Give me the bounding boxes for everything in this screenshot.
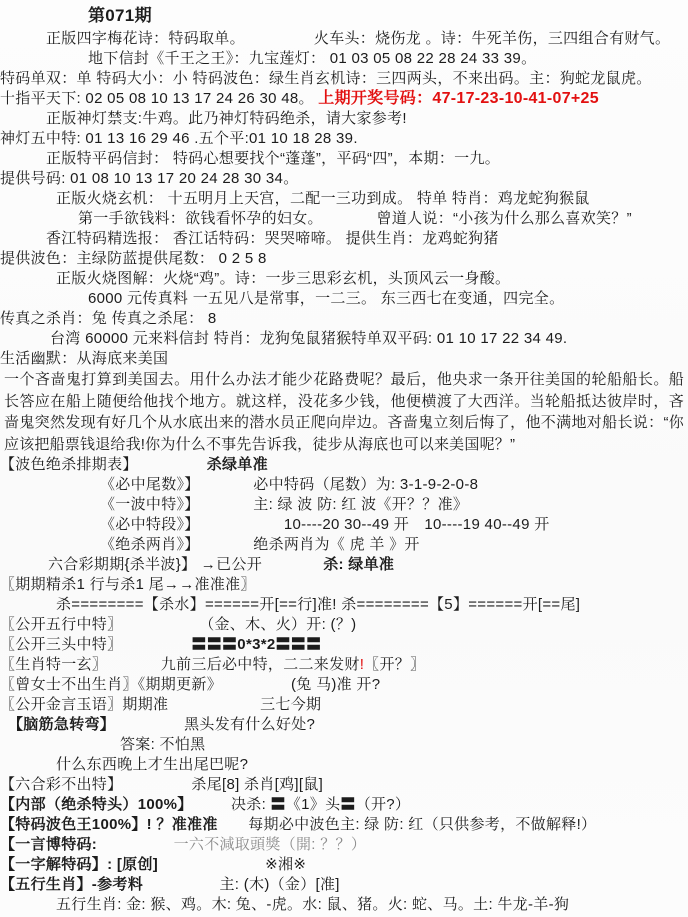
bose-jueshao-header: 【波色绝杀排期表】 杀绿单准 <box>0 455 688 475</box>
yizi-jie-tema: 【一字解特码】: [原创] ※湘※ <box>0 855 688 875</box>
text-segment: 〓〓〓0*3*2〓〓〓 <box>191 636 321 653</box>
text-segment: 十指平天下: 02 05 08 10 13 17 24 26 30 48。 <box>0 90 318 107</box>
text-segment: 〖公开金言玉语〗期期准 三七今期 <box>0 696 321 713</box>
jueshao-liangxiao: 《绝杀两肖》】 绝杀两肖为《 虎 羊 》开 <box>0 535 688 555</box>
yibo-zhongte: 《一波中特》】 主: 绿 波 防: 红 波《开？？准》 <box>0 495 688 515</box>
yuqian-liao: 第一手欲钱料：欲钱看怀孕的妇女。 曾道人说：“小孩为什么那么喜欢笑？” <box>0 209 688 229</box>
meihua-poem: 正版四字梅花诗：特码取单。 火车头：烧伤龙 。诗：牛死羊伤，三四组合有财气。 <box>0 29 688 49</box>
shizhi-pingtianxia: 十指平天下: 02 05 08 10 13 17 24 26 30 48。 上期… <box>0 89 688 109</box>
text-segment: 正版四字梅花诗：特码取单。 火车头：烧伤龙 。诗：牛死羊伤，三四组合有财气。 <box>46 30 670 47</box>
shenghuo-youmo-title: 生活幽默：从海底来美国 <box>0 349 688 369</box>
shendeng-jinzhi: 正版神灯禁支:牛鸡。此乃神灯特码绝杀，请大家参考! <box>0 109 688 129</box>
shengxiao-teyixuan: 〖生肖特一玄〗 九前三后必中特，二二来发财!〖开？〗 <box>0 655 688 675</box>
answer-line: 答案: 不怕黑 <box>0 735 688 755</box>
text-segment: 〖公开三头中特〗 <box>0 636 191 653</box>
text-segment: 【一言博特码: <box>0 836 97 853</box>
text-segment: 六合彩期期{杀半波}】 →已公开 <box>48 556 323 573</box>
text-segment: 生活幽默：从海底来美国 <box>0 350 168 367</box>
text-segment: 提供号码: 01 08 10 13 17 20 24 28 30 34。 <box>0 170 299 187</box>
text-segment: 正版特平码信封： 特码心想要找个“蓬蓬”，平码“四”，本期：一九。 <box>46 150 500 167</box>
text-segment: 《一波中特》】 主: 绿 波 防: 红 波《开？？准》 <box>100 496 468 513</box>
text-segment: 主: (木)（金）[准] <box>143 876 340 893</box>
text-segment: 《必中尾数》】 必中特码（尾数）为: 3-1-9-2-0-8 <box>100 476 478 493</box>
jinyan-yuyu: 〖公开金言玉语〗期期准 三七今期 <box>0 695 688 715</box>
text-segment: 正版火烧图解：火烧“鸡”。诗：一步三思彩玄机，头顶风云一身酸。 <box>56 270 510 287</box>
tepingma-xinfeng: 正版特平码信封： 特码心想要找个“蓬蓬”，平码“四”，本期：一九。 <box>0 149 688 169</box>
xiangjiang-jingxuanbao: 香江特码精选报： 香江话特码：哭哭啼啼。 提供生肖：龙鸡蛇狗猪 <box>0 229 688 249</box>
riddle-line: 什么东西晚上才生出尾巴呢? <box>0 755 688 775</box>
text-segment: 【六合彩不出特】 杀尾[8] 杀肖[鸡][鼠] <box>0 776 323 793</box>
text-segment: 【内部（绝杀特头）100%】 <box>0 796 185 813</box>
shabanbo: 六合彩期期{杀半波}】 →已公开 杀: 绿单准 <box>0 555 688 575</box>
text-segment: 【脑筋急转弯】 <box>8 716 108 733</box>
text-segment: 正版火烧玄机： 十五明月上天宫，二配一三功到成。 特单 特肖：鸡龙蛇狗猴鼠 <box>56 190 590 207</box>
bose-wang: 【特码波色王100%】! ？准准准 每期必中波色主: 绿 防: 红（只供参考，不… <box>0 815 688 835</box>
text-segment: 神灯五中特: 01 13 16 29 46 .五个平:01 10 18 28 3… <box>0 130 358 147</box>
text-segment: 《必中特段》】 10----20 30--49 开 10----19 40--4… <box>100 516 550 533</box>
wuxing-shengxiao-detail: 五行生肖: 金: 猴、鸡。木: 兔、-虎。水: 鼠、猪。火: 蛇、马。土: 牛龙… <box>0 895 688 915</box>
issue-number: 第071期 <box>0 4 688 29</box>
buchute: 【六合彩不出特】 杀尾[8] 杀肖[鸡][鼠] <box>0 775 688 795</box>
text-segment: 〖公开五行中特〗 （金、木、火）开: (？) <box>0 616 356 633</box>
zengnvshi: 〖曾女士不出生肖〗《期期更新》 (兔 马)准 开? <box>0 675 688 695</box>
bizhong-teduan: 《必中特段》】 10----20 30--49 开 10----19 40--4… <box>0 515 688 535</box>
huoshao-tujie: 正版火烧图解：火烧“鸡”。诗：一步三思彩玄机，头顶风云一身酸。 <box>0 269 688 289</box>
text-segment: 杀: 绿单准 <box>323 556 394 573</box>
text-segment: 提供波色：主绿防蓝提供尾数： 0 2 5 8 <box>0 250 267 267</box>
text-segment: 【五行生肖】-参考料 <box>0 876 143 893</box>
text-segment: 《绝杀两肖》】 绝杀两肖为《 虎 羊 》开 <box>100 536 420 553</box>
neibu-jueshao: 【内部（绝杀特头）100%】 决杀: 〓《1》头〓（开?） <box>0 795 688 815</box>
qiqi-jingsha: 〖期期精杀1 行与杀1 尾→→准准准〗 <box>0 575 688 595</box>
text-segment: 答案: 不怕黑 <box>120 736 205 753</box>
text-segment: 〖期期精杀1 行与杀1 尾→→准准准〗 <box>0 576 256 593</box>
lottery-tip-sheet: 第071期正版四字梅花诗：特码取单。 火车头：烧伤龙 。诗：牛死羊伤，三四组合有… <box>0 0 688 917</box>
text-segment: 〖开？〗 <box>364 656 425 673</box>
text-segment: ※湘※ <box>158 856 306 873</box>
text-segment: 黑头发有什么好处? <box>108 716 316 733</box>
wuxing-zhongte: 〖公开五行中特〗 （金、木、火）开: (？) <box>0 615 688 635</box>
shendeng-wuzhongte: 神灯五中特: 01 13 16 29 46 .五个平:01 10 18 28 3… <box>0 129 688 149</box>
text-segment: 台湾 60000 元来料信封 特肖：龙狗兔鼠猪猴特单双平码: 01 10 17 … <box>50 330 567 347</box>
text-segment: 〓 <box>340 796 355 813</box>
text-segment: 〖生肖特一玄〗 九前三后必中特，二二来发财 <box>0 656 360 673</box>
text-segment: （开?） <box>356 796 411 813</box>
text-segment: 什么东西晚上才生出尾巴呢? <box>56 756 248 773</box>
bizhong-weishu: 《必中尾数》】 必中特码（尾数）为: 3-1-9-2-0-8 <box>0 475 688 495</box>
text-segment: 传真之杀肖：兔 传真之杀尾： 8 <box>0 310 216 327</box>
text-segment: 决杀: <box>185 796 270 813</box>
shashui-line: 杀========【杀水】======开[==行]准! 杀========【5】… <box>0 595 688 615</box>
text-segment: 五行生肖: 金: 猴、鸡。木: 兔、-虎。水: 鼠、猪。火: 蛇、马。土: 牛龙… <box>56 896 569 913</box>
last-draw-numbers: 上期开奖号码：47-17-23-10-41-07+25 <box>318 90 599 107</box>
text-segment: 〖曾女士不出生肖〗《期期更新》 (兔 马)准 开? <box>0 676 380 693</box>
text-segment: 一个吝啬鬼打算到美国去。用什么办法才能少花路费呢？最后，他央求一条开往美国的轮船… <box>4 371 684 453</box>
naojin-jizhuanwan: 【脑筋急转弯】 黑头发有什么好处? <box>0 715 688 735</box>
wuxing-shengxiao: 【五行生肖】-参考料 主: (木)（金）[准] <box>0 875 688 895</box>
text-segment: 杀绿单准 <box>207 456 268 473</box>
tigong-bose: 提供波色：主绿防蓝提供尾数： 0 2 5 8 <box>0 249 688 269</box>
text-segment: 特码单双：单 特码大小：小 特码波色：绿生肖玄机诗：三四两头，不来出码。主：狗蛇… <box>0 70 652 87</box>
huoshao-xuanji: 正版火烧玄机： 十五明月上天宫，二配一三功到成。 特单 特肖：鸡龙蛇狗猴鼠 <box>0 189 688 209</box>
text-segment: 第071期 <box>88 6 152 25</box>
chuanzhen-liao: 6000 元传真料 一五见八是常事，一二三。 东三西七在变通，四完全。 <box>0 289 688 309</box>
text-segment: 杀========【杀水】======开[==行]准! 杀========【5】… <box>56 596 580 613</box>
santou-zhongte: 〖公开三头中特〗 〓〓〓0*3*2〓〓〓 <box>0 635 688 655</box>
text-segment: 香江特码精选报： 香江话特码：哭哭啼啼。 提供生肖：龙鸡蛇狗猪 <box>46 230 499 247</box>
text-segment: 【波色绝杀排期表】 <box>0 456 207 473</box>
text-segment: 正版神灯禁支:牛鸡。此乃神灯特码绝杀，请大家参考! <box>46 110 407 127</box>
chuanzhen-shaxiao: 传真之杀肖：兔 传真之杀尾： 8 <box>0 309 688 329</box>
text-segment: 6000 元传真料 一五见八是常事，一二三。 东三西七在变通，四完全。 <box>88 290 564 307</box>
text-segment: 每期必中波色主: 绿 防: 红（只供参考，不做解释!） <box>218 816 597 833</box>
dixia-xinfeng: 地下信封《千王之王》：九宝莲灯： 01 03 05 08 22 28 24 33… <box>0 49 688 69</box>
shenghuo-youmo-story: 一个吝啬鬼打算到美国去。用什么办法才能少花路费呢？最后，他央求一条开往美国的轮船… <box>0 369 688 455</box>
text-segment: 【一字解特码】: [原创] <box>0 856 158 873</box>
text-segment: 《1》头 <box>286 796 341 813</box>
tema-danshuang: 特码单双：单 特码大小：小 特码波色：绿生肖玄机诗：三四两头，不来出码。主：狗蛇… <box>0 69 688 89</box>
yiyan-bo-tema: 【一言博特码: 一六不減取頭獎（開: ？？） <box>0 835 688 855</box>
text-segment: 〓 <box>271 796 286 813</box>
text-segment: 一六不減取頭獎（開: ？？） <box>97 836 366 853</box>
text-segment: 【特码波色王100%】! ？准准准 <box>0 816 218 833</box>
text-segment: 第一手欲钱料：欲钱看怀孕的妇女。 曾道人说：“小孩为什么那么喜欢笑？” <box>78 210 632 227</box>
taiwan-lailiao: 台湾 60000 元来料信封 特肖：龙狗兔鼠猪猴特单双平码: 01 10 17 … <box>0 329 688 349</box>
text-segment: 地下信封《千王之王》：九宝莲灯： 01 03 05 08 22 28 24 33… <box>88 50 536 67</box>
tigong-haoma: 提供号码: 01 08 10 13 17 20 24 28 30 34。 <box>0 169 688 189</box>
